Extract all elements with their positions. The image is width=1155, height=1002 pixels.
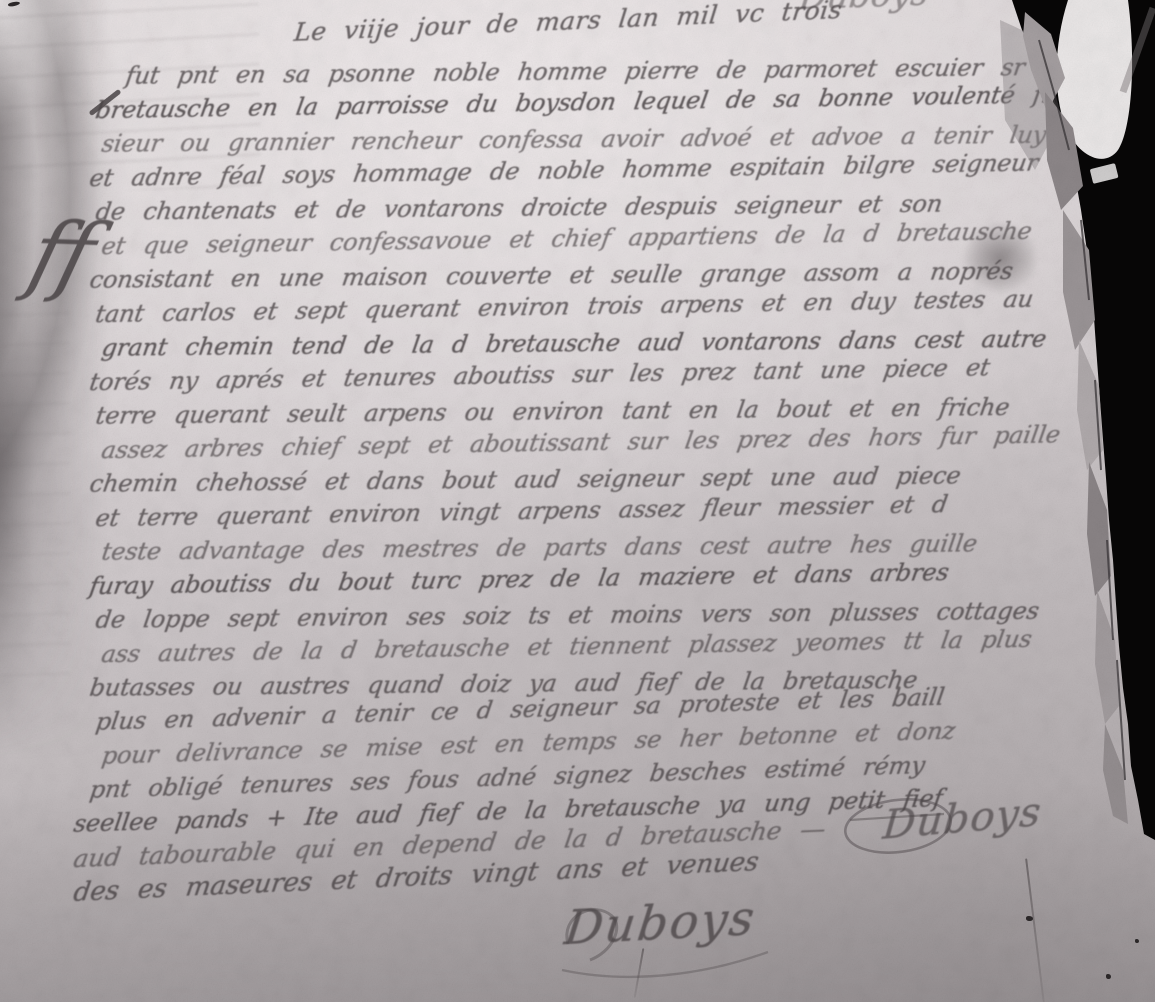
torn-edge-and-background [995, 0, 1155, 1002]
manuscript-photo: Le viije jour de mars lan mil vc trois f… [0, 0, 1155, 1002]
manuscript-lines: fut pnt en sa psonne noble homme pierre … [0, 0, 1155, 1002]
signature-center: Duboys [562, 891, 759, 956]
